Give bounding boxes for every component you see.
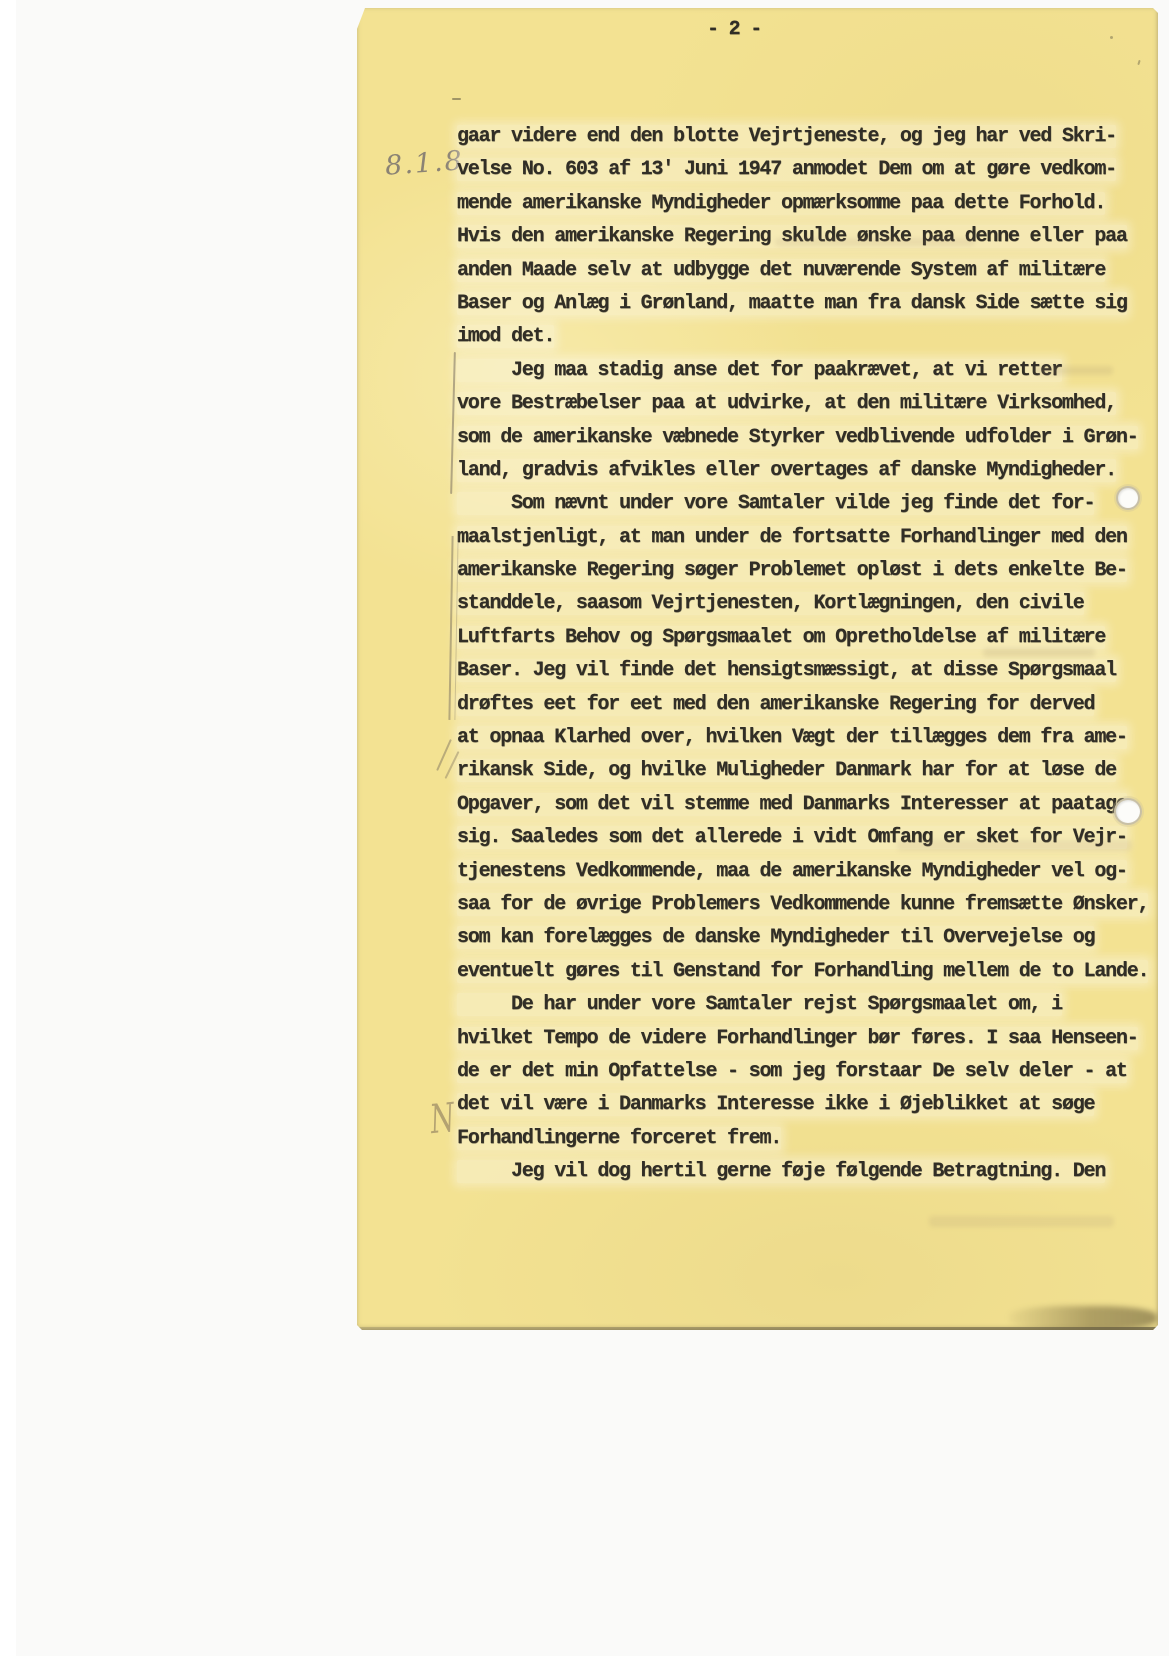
ink-speck [1137,60,1140,65]
stray-dash-mark [452,98,461,100]
bleed-through-smear [897,840,1132,851]
text-line: rikansk Side, og hvilke Muligheder Danma… [457,754,1157,787]
text-line: standdele, saasom Vejrtjenesten, Kortlæg… [457,587,1157,620]
margin-annotation-code: 8.1.8 [384,145,465,181]
text-line: Opgaver, som det vil stemme med Danmarks… [457,788,1157,821]
text-line: Jeg vil dog hertil gerne føje følgende B… [457,1155,1157,1188]
text-line: vore Bestræbelser paa at udvirke, at den… [457,387,1157,420]
scanned-document: - 2 - 8.1.8 gaar videre end den blotte V… [0,0,1169,1656]
text-line: imod det. [457,320,1157,353]
bleed-through-smear [775,238,975,246]
text-line: Baser og Anlæg i Grønland, maatte man fr… [457,287,1157,320]
text-line: Hvis den amerikanske Regering skulde øns… [457,220,1157,253]
document-page: - 2 - 8.1.8 gaar videre end den blotte V… [357,8,1158,1330]
bleed-through-smear [1035,366,1113,375]
text-line: De har under vore Samtaler rejst Spørgsm… [457,988,1157,1021]
text-line: maalstjenligt, at man under de fortsatte… [457,521,1157,554]
text-line: Som nævnt under vore Samtaler vilde jeg … [457,487,1157,520]
text-line: at opnaa Klarhed over, hvilken Vægt der … [457,721,1157,754]
text-line: de er det min Opfattelse - som jeg forst… [457,1055,1157,1088]
text-line: anden Maade selv at udbygge det nuværend… [457,254,1157,287]
text-line: velse No. 603 af 13' Juni 1947 anmodet D… [457,153,1157,186]
text-line: som de amerikanske væbnede Styrker vedbl… [457,421,1157,454]
text-line: hvilket Tempo de videre Forhandlinger bø… [457,1022,1157,1055]
text-line: Forhandlingerne forceret frem. [457,1122,1157,1155]
scanner-bed-strip [0,0,16,1656]
text-line: drøftes eet for eet med den amerikanske … [457,688,1157,721]
punch-hole [1114,798,1142,825]
bleed-through-smear [983,648,1095,657]
margin-scribble: N [428,1095,457,1143]
text-line: det vil være i Danmarks Interesse ikke i… [457,1088,1157,1121]
ink-speck [1110,36,1113,39]
text-line: som kan forelægges de danske Myndigheder… [457,921,1157,954]
text-line: Baser. Jeg vil finde det hensigtsmæssigt… [457,654,1157,687]
pencil-margin-line [450,352,456,494]
punch-hole [1116,486,1140,510]
text-line: land, gradvis afvikles eller overtages a… [457,454,1157,487]
page-bottom-edge [357,1327,1158,1330]
text-line: tjenestens Vedkommende, maa de amerikans… [457,855,1157,888]
text-line: eventuelt gøres til Genstand for Forhand… [457,955,1157,988]
page-number: - 2 - [707,18,761,41]
text-line: saa for de øvrige Problemers Vedkommende… [457,888,1157,921]
text-line: amerikanske Regering søger Problemet opl… [457,554,1157,587]
text-line: gaar videre end den blotte Vejrtjeneste,… [457,120,1157,153]
text-line: mende amerikanske Myndigheder opmærksomm… [457,187,1157,220]
bleed-through-smear [929,1216,1114,1227]
